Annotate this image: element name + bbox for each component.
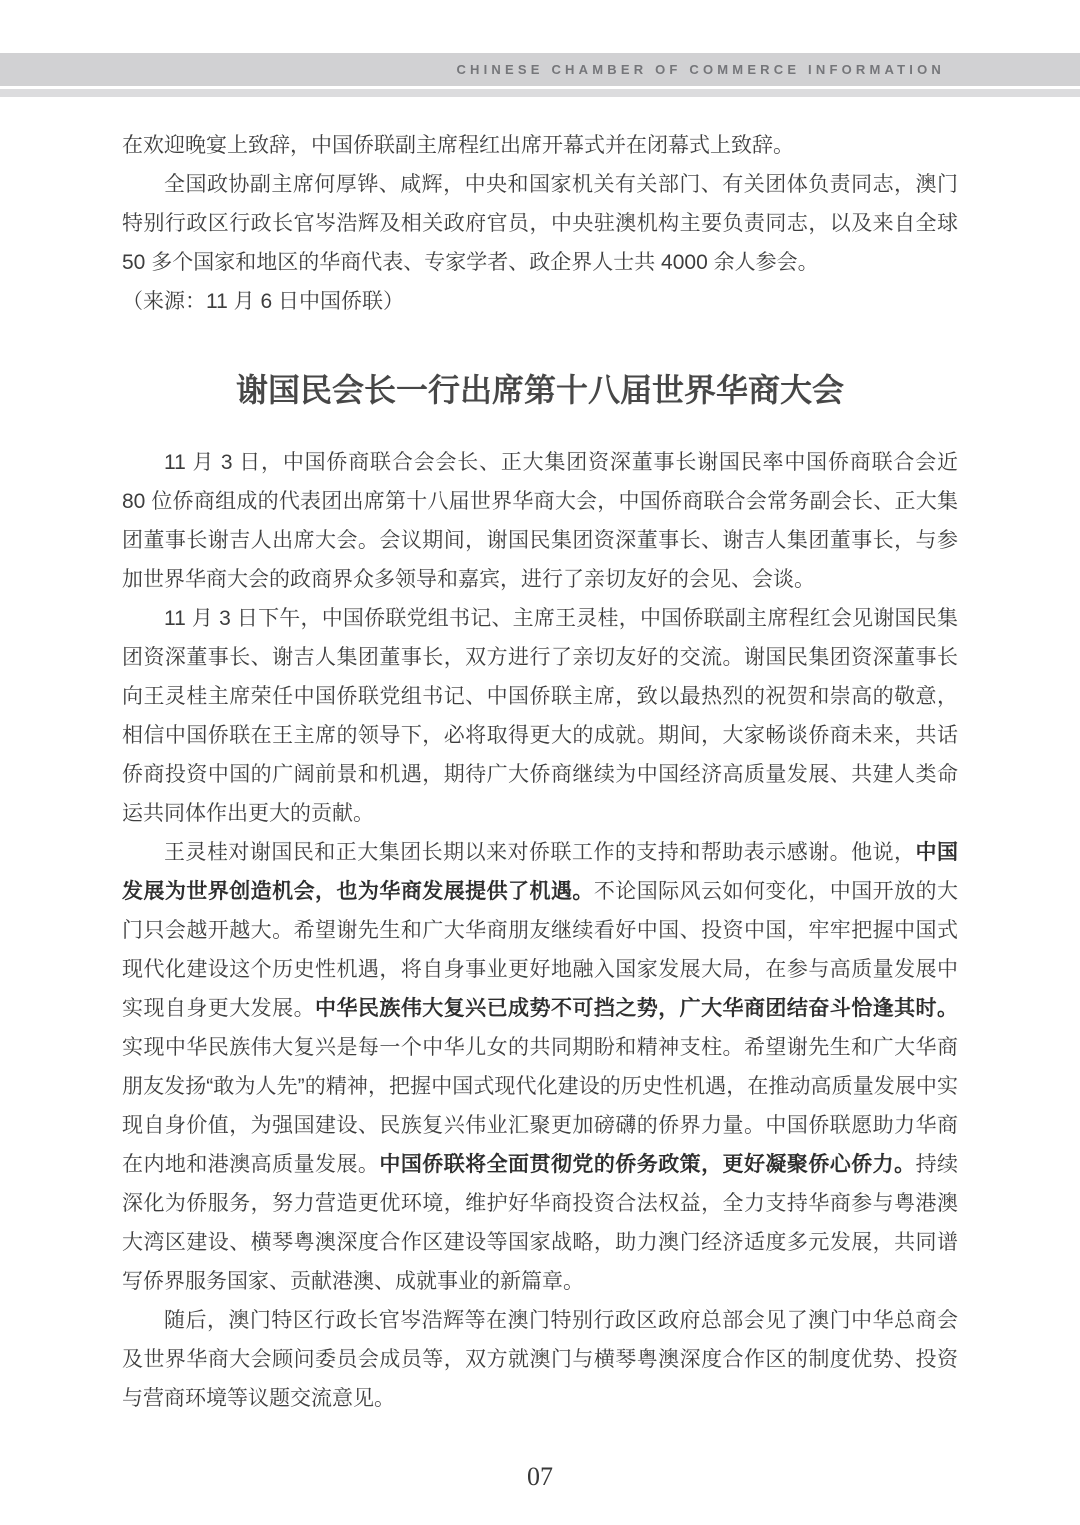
bold-text-run: 中华民族伟大复兴已成势不可挡之势，广大华商团结奋斗恰逢其时。 [315, 997, 958, 1020]
text-run: 全国政协副主席何厚铧、咸辉，中央和国家机关有关部门、有关团体负责同志，澳门特别行… [122, 173, 958, 274]
paragraph: 王灵桂对谢国民和正大集团长期以来对侨联工作的支持和帮助表示感谢。他说，中国发展为… [122, 833, 958, 1301]
article-body: 11 月 3 日，中国侨商联合会会长、正大集团资深董事长谢国民率中国侨商联合会近… [122, 443, 958, 1418]
page-number: 07 [0, 1462, 1080, 1492]
text-run: 在欢迎晚宴上致辞，中国侨联副主席程红出席开幕式并在闭幕式上致辞。 [122, 134, 794, 157]
paragraph: 11 月 3 日下午，中国侨联党组书记、主席王灵桂，中国侨联副主席程红会见谢国民… [122, 599, 958, 833]
page-content: 在欢迎晚宴上致辞，中国侨联副主席程红出席开幕式并在闭幕式上致辞。全国政协副主席何… [0, 0, 1080, 1418]
paragraph: 在欢迎晚宴上致辞，中国侨联副主席程红出席开幕式并在闭幕式上致辞。 [122, 126, 958, 165]
document-page: CHINESE CHAMBER OF COMMERCE INFORMATION … [0, 0, 1080, 1525]
text-run: 王灵桂对谢国民和正大集团长期以来对侨联工作的支持和帮助表示感谢。他说， [164, 841, 916, 864]
source-line: （来源：11 月 6 日中国侨联） [122, 282, 958, 321]
intro-section: 在欢迎晚宴上致辞，中国侨联副主席程红出席开幕式并在闭幕式上致辞。全国政协副主席何… [122, 126, 958, 282]
text-run: 11 月 3 日下午，中国侨联党组书记、主席王灵桂，中国侨联副主席程红会见谢国民… [122, 607, 958, 825]
paragraph: 随后，澳门特区行政长官岑浩辉等在澳门特别行政区政府总部会见了澳门中华总商会及世界… [122, 1301, 958, 1418]
bold-text-run: 中国侨联将全面贯彻党的侨务政策，更好凝聚侨心侨力。 [379, 1153, 915, 1176]
paragraph: 全国政协副主席何厚铧、咸辉，中央和国家机关有关部门、有关团体负责同志，澳门特别行… [122, 165, 958, 282]
text-run: 11 月 3 日，中国侨商联合会会长、正大集团资深董事长谢国民率中国侨商联合会近… [122, 451, 958, 591]
article-title: 谢国民会长一行出席第十八届世界华商大会 [122, 367, 958, 413]
paragraph: 11 月 3 日，中国侨商联合会会长、正大集团资深董事长谢国民率中国侨商联合会近… [122, 443, 958, 599]
text-run: 随后，澳门特区行政长官岑浩辉等在澳门特别行政区政府总部会见了澳门中华总商会及世界… [122, 1309, 958, 1410]
